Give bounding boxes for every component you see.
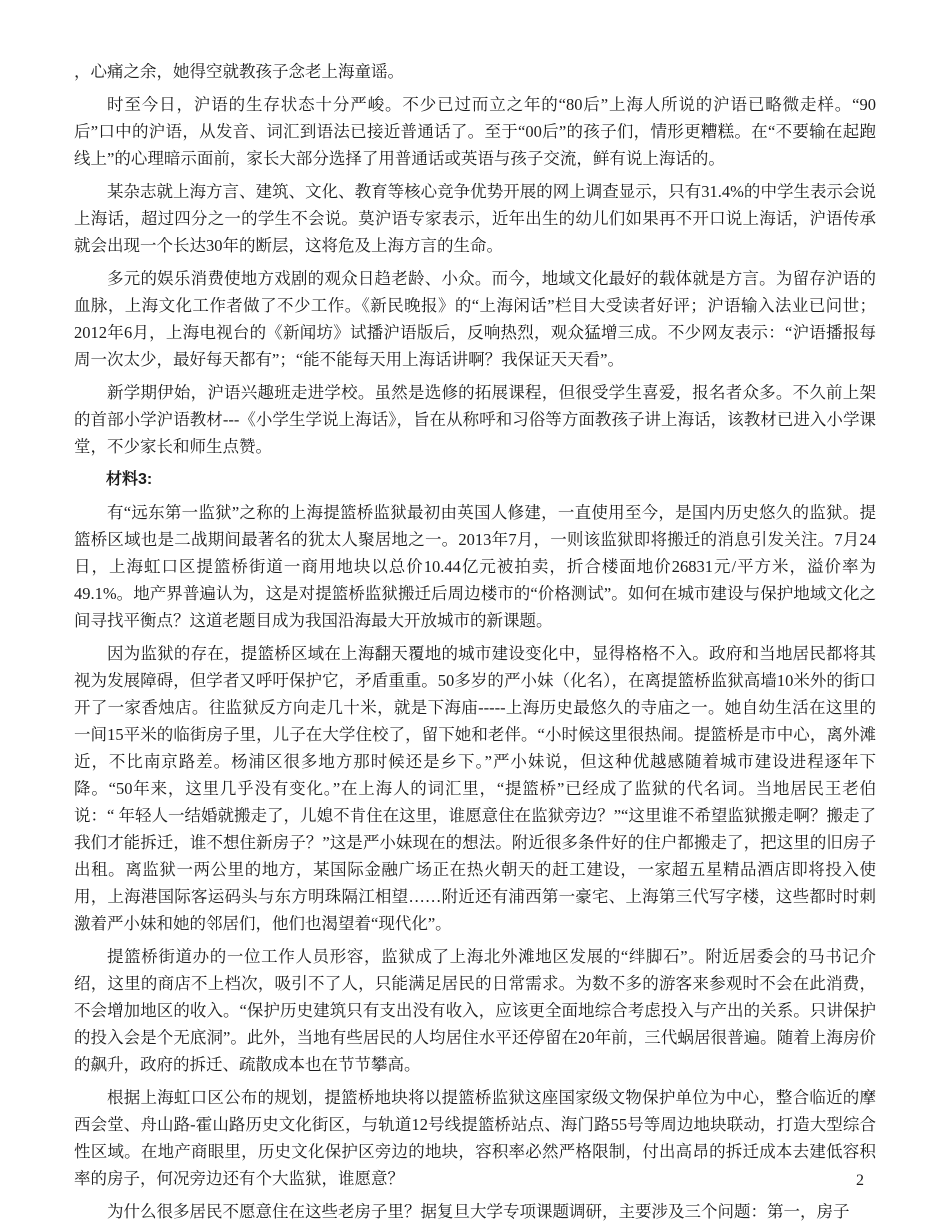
paragraph: 多元的娱乐消费使地方戏剧的观众日趋老龄、小众。而今，地域文化最好的载体就是方言。… [74,265,876,373]
material-3-heading: 材料3: [74,466,876,493]
paragraph: 有“远东第一监狱”之称的上海提篮桥监狱最初由英国人修建，一直使用至今，是国内历史… [74,499,876,634]
paragraph: 提篮桥街道办的一位工作人员形容，监狱成了上海北外滩地区发展的“绊脚石”。附近居委… [74,943,876,1078]
page-number: 2 [844,1172,876,1190]
paragraph: 新学期伊始，沪语兴趣班走进学校。虽然是选修的拓展课程，但很受学生喜爱，报名者众多… [74,379,876,460]
document-body: ，心痛之余，她得空就教孩子念老上海童谣。 时至今日，沪语的生存状态十分严峻。不少… [74,58,876,1225]
paragraph-continuation: ，心痛之余，她得空就教孩子念老上海童谣。 [74,58,876,85]
paragraph: 时至今日，沪语的生存状态十分严峻。不少已过而立之年的“80后”上海人所说的沪语已… [74,91,876,172]
paragraph: 为什么很多居民不愿意住在这些老房子里？据复旦大学专项课题调研，主要涉及三个问题：… [74,1198,876,1225]
paragraph: 因为监狱的存在，提篮桥区域在上海翻天覆地的城市建设变化中，显得格格不入。政府和当… [74,640,876,937]
paragraph: 某杂志就上海方言、建筑、文化、教育等核心竞争优势开展的网上调查显示，只有31.4… [74,178,876,259]
paragraph: 根据上海虹口区公布的规划，提篮桥地块将以提篮桥监狱这座国家级文物保护单位为中心，… [74,1084,876,1192]
